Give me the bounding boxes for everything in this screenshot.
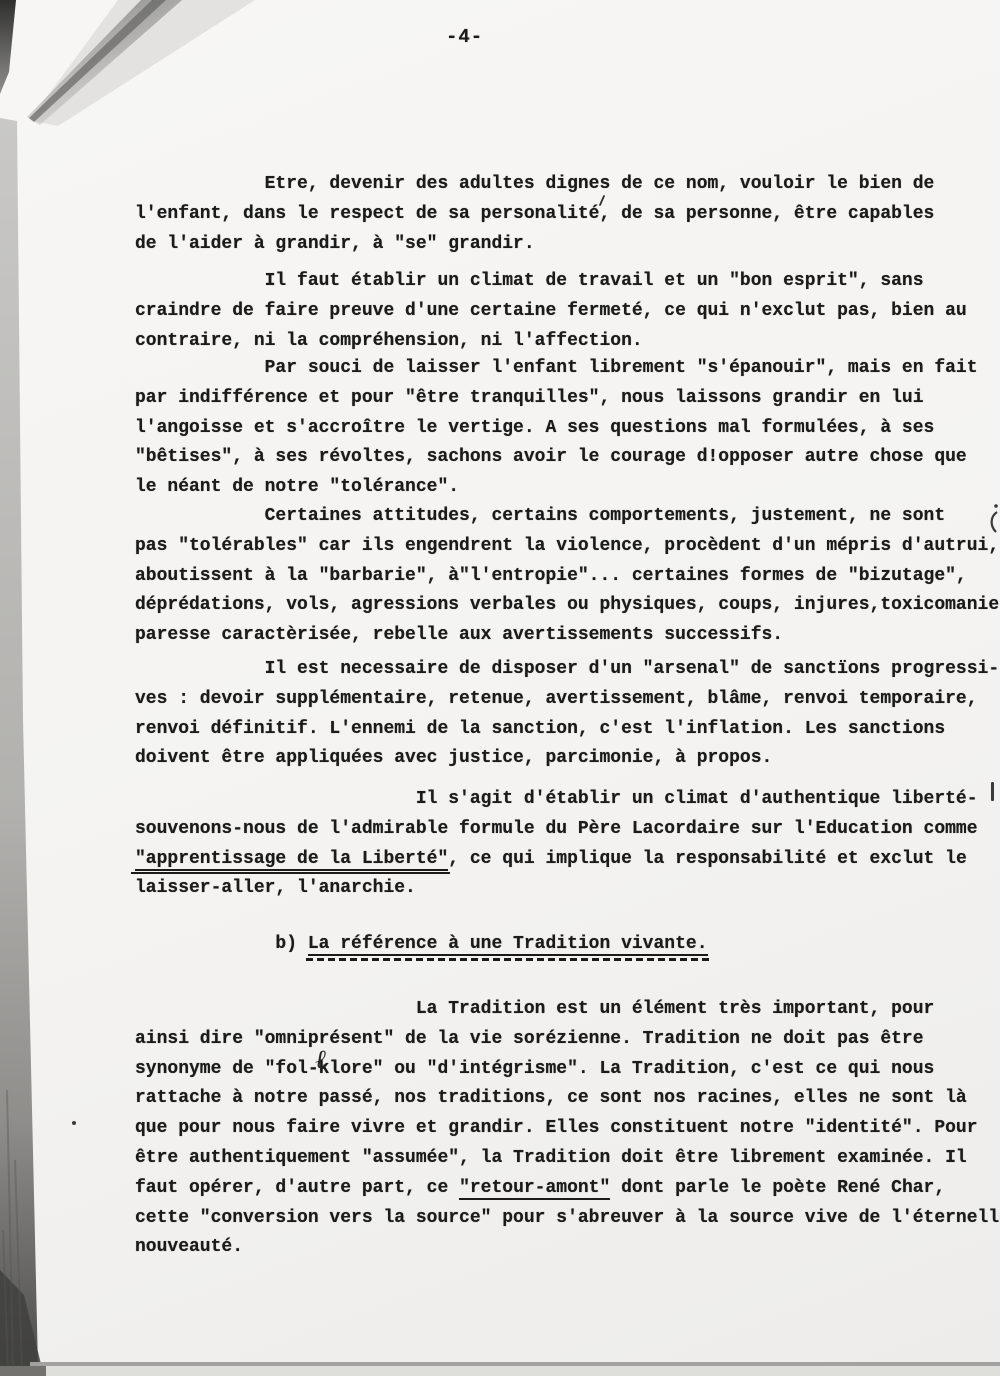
- text-line: Il est necessaire de disposer d'un "arse…: [135, 655, 1000, 685]
- text-line: déprédations, vols, agressions verbales …: [135, 591, 1000, 621]
- text-line: contraire, ni la compréhension, ni l'aff…: [135, 327, 1000, 357]
- text-line: b) La référence à une Tradition vivante.: [135, 930, 1000, 960]
- text-line: renvoi définitif. L'ennemi de la sanctio…: [135, 715, 1000, 745]
- underlined-phrase: La référence à une Tradition vivante.: [308, 934, 708, 956]
- text-line: le néant de notre "tolérance".: [135, 473, 1000, 503]
- para-attitudes-intolerables: Certaines attitudes, certains comporteme…: [135, 502, 1000, 651]
- text-line: La Tradition est un élément très importa…: [135, 995, 1000, 1025]
- text-line: être authentiquement "assumée", la Tradi…: [135, 1144, 1000, 1174]
- text-line: craindre de faire preuve d'une certaine …: [135, 297, 1000, 327]
- text-segment: , ce qui implique la responsabilité et e…: [448, 849, 966, 869]
- para-arsenal-sanctions: Il est necessaire de disposer d'un "arse…: [135, 655, 1000, 774]
- text-line: faut opérer, d'autre part, ce "retour-am…: [135, 1174, 1000, 1204]
- text-line: synonyme de "fol-klore" ou "d'intégrisme…: [135, 1055, 1000, 1085]
- text-line: ves : devoir supplémentaire, retenue, av…: [135, 685, 1000, 715]
- text-line: que pour nous faire vivre et grandir. El…: [135, 1114, 1000, 1144]
- typewritten-text: Etre, devenir des adultes dignes de ce n…: [0, 0, 1000, 1376]
- text-line: Certaines attitudes, certains comporteme…: [135, 502, 1000, 532]
- text-line: Il faut établir un climat de travail et …: [135, 267, 1000, 297]
- text-line: "apprentissage de la Liberté", ce qui im…: [135, 845, 1000, 875]
- underlined-phrase: "apprentissage de la Liberté": [135, 849, 448, 871]
- text-segment: dont parle le poète René Char,: [610, 1178, 945, 1198]
- text-line: Il s'agit d'établir un climat d'authenti…: [135, 785, 1000, 815]
- text-line: aboutissent à la "barbarie", à"l'entropi…: [135, 562, 1000, 592]
- text-line: pas "tolérables" car ils engendrent la v…: [135, 532, 1000, 562]
- underlined-phrase: "retour-amont": [459, 1178, 610, 1200]
- para-tradition-vivante: La Tradition est un élément très importa…: [135, 995, 1000, 1263]
- para-climat-liberte: Il s'agit d'établir un climat d'authenti…: [135, 785, 1000, 904]
- text-line: l'enfant, dans le respect de sa personal…: [135, 200, 1000, 230]
- text-line: souvenons-nous de l'admirable formule du…: [135, 815, 1000, 845]
- text-line: cette "conversion vers la source" pour s…: [135, 1204, 1000, 1234]
- text-line: rattache à notre passé, nos traditions, …: [135, 1084, 1000, 1114]
- text-line: ainsi dire "omniprésent" de la vie soréz…: [135, 1025, 1000, 1055]
- text-line: Etre, devenir des adultes dignes de ce n…: [135, 170, 1000, 200]
- text-line: "bêtises", à ses révoltes, sachons avoir…: [135, 443, 1000, 473]
- heading-tradition-vivante: b) La référence à une Tradition vivante.: [135, 930, 1000, 960]
- text-line: doivent être appliquées avec justice, pa…: [135, 744, 1000, 774]
- text-line: de l'aider à grandir, à "se" grandir.: [135, 230, 1000, 260]
- scanned-page: -4- Etre, devenir des adultes dignes de …: [0, 0, 1000, 1376]
- text-segment: faut opérer, d'autre part, ce: [135, 1178, 459, 1198]
- text-line: Par souci de laisser l'enfant librement …: [135, 354, 1000, 384]
- text-segment: b): [135, 934, 308, 954]
- text-line: laisser-aller, l'anarchie.: [135, 874, 1000, 904]
- text-line: par indifférence et pour "être tranquill…: [135, 384, 1000, 414]
- text-line: nouveauté.: [135, 1233, 1000, 1263]
- para-devenir-adultes: Etre, devenir des adultes dignes de ce n…: [135, 170, 1000, 259]
- text-line: l'angoisse et s'accroître le vertige. A …: [135, 414, 1000, 444]
- para-climat-travail: Il faut établir un climat de travail et …: [135, 267, 1000, 356]
- para-laisser-epanouir: Par souci de laisser l'enfant librement …: [135, 354, 1000, 503]
- text-line: paresse caractèrisée, rebelle aux averti…: [135, 621, 1000, 651]
